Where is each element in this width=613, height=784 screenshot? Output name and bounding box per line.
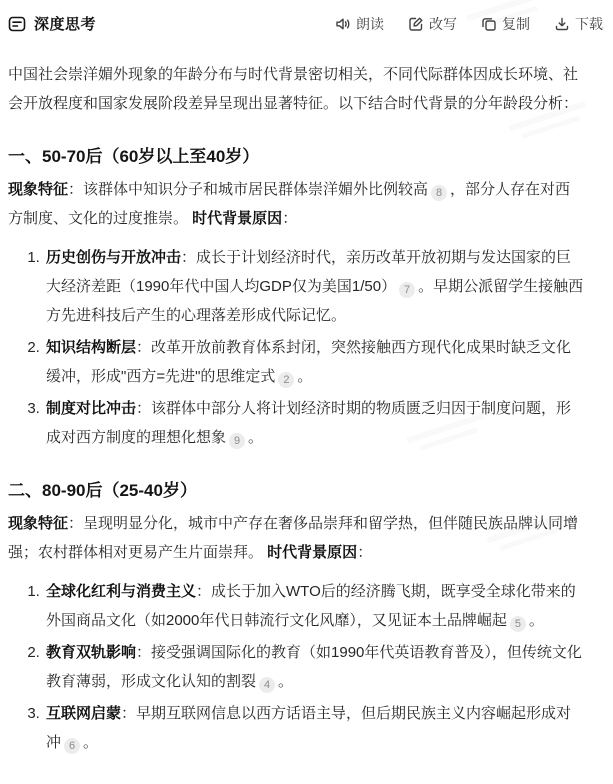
copy-label: 复制 bbox=[502, 14, 530, 34]
citation-badge[interactable]: 7 bbox=[399, 282, 415, 298]
text-run: ：该群体中知识分子和城市居民群体崇洋媚外比例较高 bbox=[68, 181, 428, 198]
text-run: 。 bbox=[529, 612, 544, 629]
bold-text: 现象特征 bbox=[8, 515, 68, 532]
section-1-reasons: 历史创伤与开放冲击：成长于计划经济时代，亲历改革开放初期与发达国家的巨大经济差距… bbox=[8, 243, 585, 452]
rewrite-label: 改写 bbox=[429, 14, 457, 34]
page-title: 深度思考 bbox=[34, 13, 96, 34]
text-run: ：早期互联网信息以西方话语主导，但后期民族主义内容崛起形成对冲 bbox=[46, 705, 571, 751]
citation-badge[interactable]: 4 bbox=[259, 677, 275, 693]
list-item: 知识结构断层：改革开放前教育体系封闭，突然接触西方现代化成果时缺乏文化缓冲，形成… bbox=[44, 333, 585, 391]
bold-text: 时代背景原因 bbox=[267, 544, 357, 561]
download-label: 下载 bbox=[575, 14, 603, 34]
bold-text: 互联网启蒙 bbox=[46, 705, 121, 722]
intro-paragraph: 中国社会崇洋媚外现象的年龄分布与时代背景密切相关，不同代际群体因成长环境、社会开… bbox=[8, 60, 585, 118]
list-item: 制度对比冲击：该群体中部分人将计划经济时期的物质匮乏归因于制度问题，形成对西方制… bbox=[44, 394, 585, 452]
download-button[interactable]: 下载 bbox=[554, 14, 603, 34]
bold-text: 教育双轨影响 bbox=[46, 644, 136, 661]
section-1-heading: 一、50-70后（60岁以上至40岁） bbox=[8, 145, 585, 169]
download-icon bbox=[554, 16, 570, 32]
read-aloud-button[interactable]: 朗读 bbox=[335, 14, 384, 34]
text-run: 。 bbox=[83, 734, 98, 751]
citation-badge[interactable]: 8 bbox=[431, 185, 447, 201]
text-run: 。 bbox=[297, 368, 312, 385]
deep-think-icon bbox=[8, 15, 26, 33]
bold-text: 现象特征 bbox=[8, 181, 68, 198]
answer-content: 中国社会崇洋媚外现象的年龄分布与时代背景密切相关，不同代际群体因成长环境、社会开… bbox=[0, 60, 613, 784]
header: 深度思考 朗读 改写 bbox=[0, 0, 613, 34]
section-2-feature: 现象特征：呈现明显分化，城市中产存在奢侈品崇拜和留学热，但伴随民族品牌认同增强；… bbox=[8, 509, 585, 567]
section-2-heading: 二、80-90后（25-40岁） bbox=[8, 479, 585, 503]
bold-text: 历史创伤与开放冲击 bbox=[46, 249, 181, 266]
list-item: 历史创伤与开放冲击：成长于计划经济时代，亲历改革开放初期与发达国家的巨大经济差距… bbox=[44, 243, 585, 330]
citation-badge[interactable]: 2 bbox=[278, 372, 294, 388]
list-item: 教育双轨影响：接受强调国际化的教育（如1990年代英语教育普及），但传统文化教育… bbox=[44, 638, 585, 696]
copy-button[interactable]: 复制 bbox=[481, 14, 530, 34]
list-item: 全球化红利与消费主义：成长于加入WTO后的经济腾飞期，既享受全球化带来的外国商品… bbox=[44, 577, 585, 635]
bold-text: 制度对比冲击 bbox=[46, 400, 136, 417]
list-item: 互联网启蒙：早期互联网信息以西方话语主导，但后期民族主义内容崛起形成对冲6。 bbox=[44, 699, 585, 757]
bold-text: 全球化红利与消费主义 bbox=[46, 583, 196, 600]
toolbar: 朗读 改写 复制 bbox=[335, 14, 603, 34]
section-1-feature: 现象特征：该群体中知识分子和城市居民群体崇洋媚外比例较高8，部分人存在对西方制度… bbox=[8, 175, 585, 233]
speaker-icon bbox=[335, 16, 351, 32]
citation-badge[interactable]: 6 bbox=[64, 738, 80, 754]
read-aloud-label: 朗读 bbox=[356, 14, 384, 34]
citation-badge[interactable]: 5 bbox=[510, 616, 526, 632]
text-run: 。 bbox=[248, 429, 263, 446]
section-2-reasons: 全球化红利与消费主义：成长于加入WTO后的经济腾飞期，既享受全球化带来的外国商品… bbox=[8, 577, 585, 757]
text-run: ： bbox=[357, 544, 372, 561]
rewrite-button[interactable]: 改写 bbox=[408, 14, 457, 34]
rewrite-icon bbox=[408, 16, 424, 32]
copy-icon bbox=[481, 16, 497, 32]
text-run: 中国社会崇洋媚外现象的年龄分布与时代背景密切相关，不同代际群体因成长环境、社会开… bbox=[8, 66, 578, 112]
bold-text: 知识结构断层 bbox=[46, 339, 136, 356]
deep-think-label: 深度思考 bbox=[8, 13, 96, 34]
text-run: 。 bbox=[278, 673, 293, 690]
citation-badge[interactable]: 9 bbox=[229, 433, 245, 449]
bold-text: 时代背景原因 bbox=[192, 210, 282, 227]
text-run: ： bbox=[282, 210, 297, 227]
